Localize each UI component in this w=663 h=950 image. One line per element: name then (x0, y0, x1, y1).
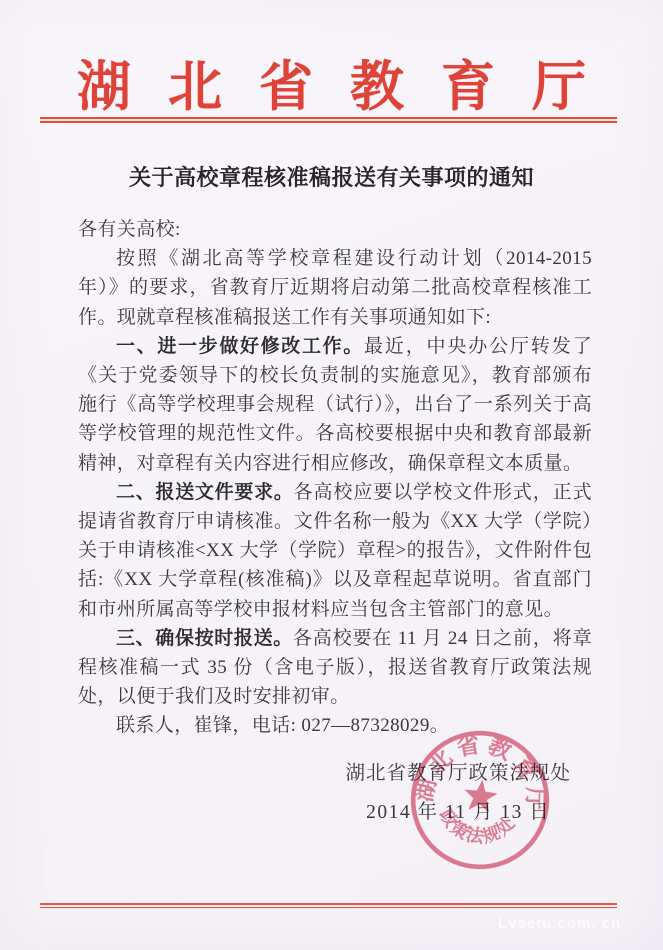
document-body: 各有关高校: 按照《湖北高等学校章程建设行动计划（2014-2015 年）》的要… (78, 215, 592, 741)
document-title: 关于高校章程核准稿报送有关事项的通知 (0, 161, 663, 192)
seal-star-icon (462, 778, 499, 813)
paragraph-item-3: 三、确保按时报送。各高校要在 11 月 24 日之前，将章程核准稿一式 35 份… (78, 624, 592, 712)
footer-red-rule (40, 903, 617, 908)
paragraph-lead: 二、报送文件要求。 (116, 482, 294, 503)
official-seal: 湖北省教育厅 政策法规处 (399, 719, 562, 882)
paragraph-item-1: 一、进一步做好修改工作。最近，中央办公厅转发了《关于党委领导下的校长负责制的实施… (78, 332, 592, 478)
paragraph-lead: 三、确保按时报送。 (116, 628, 293, 649)
paragraph-item-2: 二、报送文件要求。各高校应要以学校文件形式，正式提请省教育厅申请核准。文件名称一… (78, 478, 592, 624)
salutation: 各有关高校: (78, 215, 592, 244)
agency-header: 湖北省教育厅 (0, 44, 663, 121)
paragraph-text: 按照《湖北高等学校章程建设行动计划（2014-2015 年）》的要求，省教育厅近… (78, 248, 592, 327)
watermark: Lvsetu.com. cn (498, 915, 621, 932)
header-red-rule (40, 117, 617, 123)
paragraph-text: 各有关高校: (78, 219, 181, 240)
seal-bottom-text: 政策法规处 (432, 803, 520, 851)
paragraph-text: 联系人，崔锋，电话: 027—87328029。 (116, 715, 449, 736)
document-page: 湖北省教育厅 关于高校章程核准稿报送有关事项的通知 各有关高校: 按照《湖北高等… (0, 0, 663, 950)
paragraph-intro: 按照《湖北高等学校章程建设行动计划（2014-2015 年）》的要求，省教育厅近… (78, 244, 592, 332)
paragraph-lead: 一、进一步做好修改工作。 (116, 336, 364, 357)
